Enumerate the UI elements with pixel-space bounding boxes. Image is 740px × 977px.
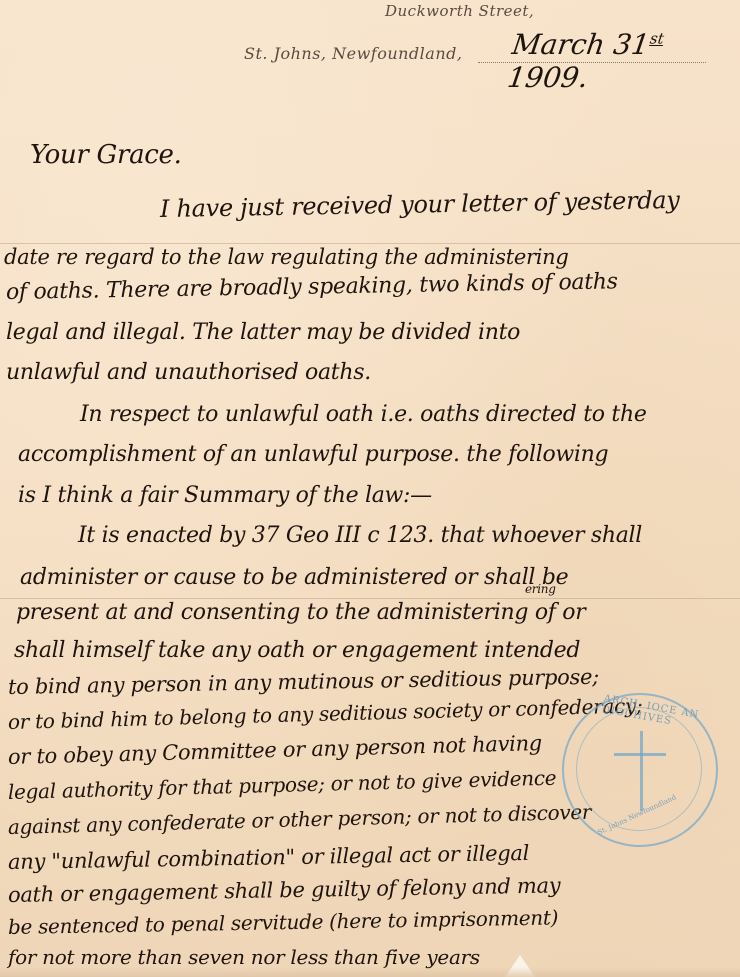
- body-line: I have just received your letter of yest…: [160, 186, 680, 223]
- body-line: any "unlawful combination" or illegal ac…: [8, 841, 529, 874]
- body-line: In respect to unlawful oath i.e. oaths d…: [80, 402, 647, 427]
- body-line: accomplishment of an unlawful purpose. t…: [18, 442, 608, 467]
- paper-edge: [0, 967, 740, 977]
- letterhead-city: St. Johns, Newfoundland,: [244, 44, 462, 63]
- body-line: unlawful and unauthorised oaths.: [6, 360, 371, 385]
- date-suffix: st: [649, 30, 665, 48]
- body-line: legal authority for that purpose; or not…: [8, 766, 557, 804]
- date-month-day: March 31: [510, 28, 652, 61]
- body-line: is I think a fair Summary of the law:—: [18, 483, 432, 508]
- body-line: of oaths. There are broadly speaking, tw…: [6, 269, 618, 305]
- letter-date: March 31st 1909.: [505, 28, 740, 94]
- cross-icon: [640, 731, 643, 811]
- body-line: legal and illegal. The latter may be div…: [6, 320, 520, 345]
- body-line: administer or cause to be administered o…: [20, 565, 568, 590]
- body-line: oath or engagement shall be guilty of fe…: [8, 873, 561, 907]
- body-line: against any confederate or other person;…: [8, 800, 592, 839]
- body-line: present at and consenting to the adminis…: [16, 600, 585, 625]
- fold-line: [0, 598, 740, 599]
- archives-stamp: ARCH· IOCE AN DIOCHIVES St. Johns Newfou…: [562, 693, 718, 847]
- salutation: Your Grace.: [30, 140, 182, 170]
- letterhead-street: Duckworth Street,: [385, 2, 534, 20]
- date-year: 1909.: [505, 61, 590, 94]
- body-line: It is enacted by 37 Geo III c 123. that …: [78, 523, 642, 548]
- cross-icon-bar: [614, 753, 666, 756]
- insertion-mark: ering: [525, 582, 556, 596]
- body-line: shall himself take any oath or engagemen…: [14, 638, 580, 663]
- body-line: for not more than seven nor less than fi…: [8, 945, 480, 969]
- fold-line: [0, 243, 740, 244]
- body-line: be sentenced to penal servitude (here to…: [8, 905, 559, 939]
- body-line: or to obey any Committee or any person n…: [8, 731, 543, 769]
- body-line: or to bind him to belong to any seditiou…: [8, 693, 643, 734]
- body-line: to bind any person in any mutinous or se…: [8, 665, 599, 699]
- body-line: date re regard to the law regulating the…: [4, 245, 568, 269]
